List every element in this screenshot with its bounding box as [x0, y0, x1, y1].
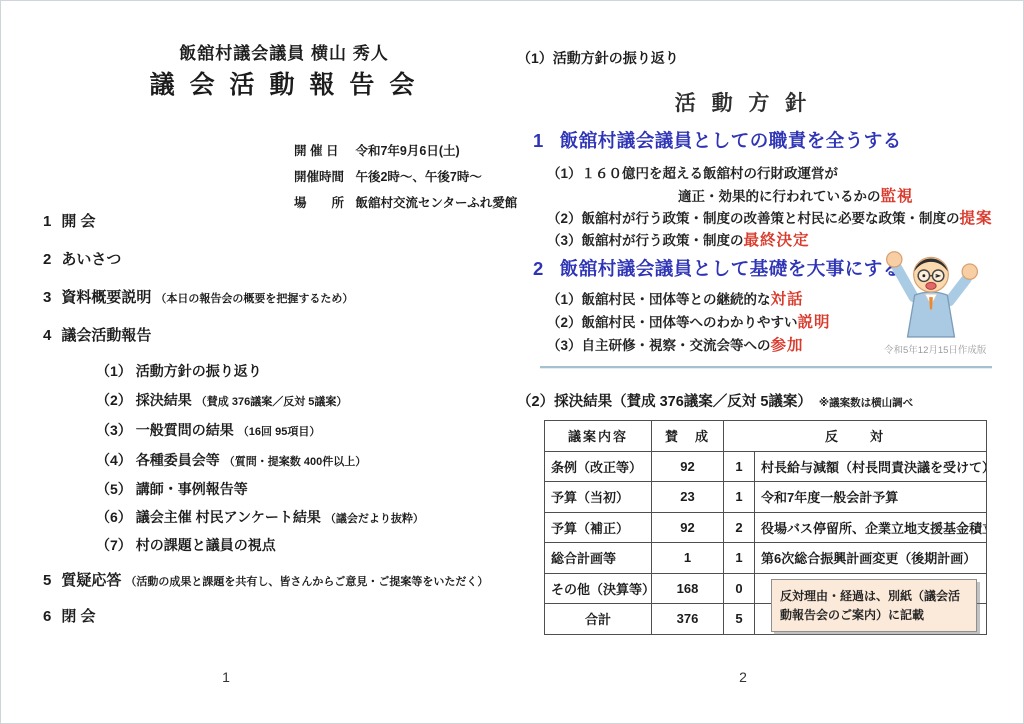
agenda-item-number: 1 — [43, 213, 51, 230]
meta-date: 開 催 日 令和7年9月6日(土) — [294, 141, 460, 159]
cell-oppose-reason: 令和7年度一般会計予算 — [755, 482, 987, 513]
agenda-subitem-3: （3）一般質問の結果（16回 95項目） — [96, 420, 320, 440]
cell-approve-total: 376 — [652, 604, 724, 635]
agenda-item-label: 資料概要説明 — [61, 289, 151, 306]
meta-time-value: 午後2時～、午後7時～ — [355, 170, 481, 184]
keyword-kanshi: 監視 — [881, 188, 914, 205]
document-title: 議 会 活 動 報 告 会 — [64, 65, 504, 101]
agenda-item-4: 4議会活動報告 — [43, 324, 151, 345]
cell-approve: 1 — [652, 543, 724, 574]
table-row: 予算（当初） 23 1 令和7年度一般会計予算 — [545, 482, 987, 513]
policy2-heading: 2飯舘村議会議員として基礎を大事にする — [533, 255, 902, 281]
col-header-oppose: 反 対 — [724, 421, 987, 452]
agenda-subitem-note: （16回 95項目） — [238, 426, 321, 438]
agenda-subitem-note: （賛成 376議案／反対 5議案） — [196, 396, 348, 408]
meta-time-label: 開催時間 — [294, 167, 352, 185]
table-header-row: 議案内容 賛 成 反 対 — [545, 421, 987, 452]
agenda-item-number: 2 — [43, 251, 51, 268]
section1-label: （1）活動方針の振り返り — [517, 48, 679, 68]
agenda-subitem-label: 各種委員会等 — [136, 452, 220, 468]
col-header-approve: 賛 成 — [652, 421, 724, 452]
policy1-item1: （1）１６０億円を超える飯舘村の行財政運営が — [547, 162, 838, 182]
policy2-title: 飯舘村議会議員として基礎を大事にする — [560, 258, 902, 279]
agenda-subitem-label: 採決結果 — [136, 392, 192, 408]
policy1-item1-continuation: 適正・効果的に行われているかの監視 — [678, 184, 914, 206]
cell-approve: 23 — [652, 482, 724, 513]
keyword-saishu-kettei: 最終決定 — [744, 232, 810, 249]
agenda-subitem-number: （4） — [96, 452, 132, 468]
agenda-subitem-label: 活動方針の振り返り — [136, 363, 262, 379]
agenda-subitem-note: （質問・提案数 400件以上） — [224, 456, 366, 468]
page-number-1: 1 — [1, 669, 451, 685]
agenda-subitem-note: （議会だより抜粋） — [325, 513, 424, 525]
policy2-item1-text: （1）飯舘村民・団体等との継続的な — [547, 292, 771, 307]
section2-heading-text: （2）採決結果（賛成 376議案／反対 5議案） — [517, 394, 812, 410]
cell-oppose-count: 1 — [724, 543, 755, 574]
policy2-item1: （1）飯舘村民・団体等との継続的な対話 — [547, 287, 804, 309]
section2-note: ※議案数は横山調べ — [819, 397, 913, 409]
agenda-item-note: （活動の成果と課題を共有し、皆さんからご意見・ご提案等をいただく） — [125, 576, 488, 588]
meta-place-label: 場 所 — [294, 193, 352, 211]
agenda-subitem-number: （3） — [96, 422, 132, 438]
agenda-item-number: 5 — [43, 572, 51, 589]
policy-title: 活 動 方 針 — [506, 87, 980, 117]
cell-oppose-reason: 村長給与減額（村長問責決議を受けて） — [755, 451, 987, 482]
cell-oppose-reason: 役場バス停留所、企業立地支援基金積立 — [755, 512, 987, 543]
agenda-subitem-number: （1） — [96, 363, 132, 379]
agenda-subitem-number: （2） — [96, 392, 132, 408]
agenda-item-3: 3資料概要説明（本日の報告会の概要を把握するため） — [43, 286, 353, 307]
policy1-number: 1 — [533, 130, 544, 151]
agenda-subitem-number: （5） — [96, 481, 132, 497]
page-number-2: 2 — [506, 669, 980, 685]
agenda-subitem-label: 一般質問の結果 — [136, 422, 234, 438]
agenda-item-2: 2あいさつ — [43, 248, 121, 269]
meta-time: 開催時間 午後2時～、午後7時～ — [294, 167, 482, 185]
policy2-number: 2 — [533, 258, 544, 279]
agenda-subitem-label: 講師・事例報告等 — [136, 481, 248, 497]
cell-category: 条例（改正等） — [545, 451, 652, 482]
report-sheet: 飯舘村議会議員 横山 秀人 議 会 活 動 報 告 会 開 催 日 令和7年9月… — [0, 0, 1024, 724]
meta-place-value: 飯舘村交流センターふれ愛館 — [355, 196, 517, 210]
cell-oppose-count-total: 5 — [724, 604, 755, 635]
cell-category-total: 合計 — [545, 604, 652, 635]
meta-place: 場 所 飯舘村交流センターふれ愛館 — [294, 193, 517, 211]
agenda-subitem-1: （1）活動方針の振り返り — [96, 361, 262, 381]
agenda-item-number: 3 — [43, 289, 51, 306]
cell-category: その他（決算等） — [545, 573, 652, 604]
cell-approve: 92 — [652, 512, 724, 543]
cell-oppose-reason: 第6次総合振興計画変更（後期計画） — [755, 543, 987, 574]
keyword-taiwa: 対話 — [771, 291, 804, 308]
cheering-man-illustration — [880, 244, 982, 338]
cell-oppose-count: 2 — [724, 512, 755, 543]
agenda-subitem-6: （6）議会主催 村民アンケート結果（議会だより抜粋） — [96, 507, 424, 527]
agenda-item-number: 4 — [43, 327, 51, 344]
document-subtitle: 飯舘村議会議員 横山 秀人 — [64, 39, 504, 64]
table-row: 総合計画等 1 1 第6次総合振興計画変更（後期計画） — [545, 543, 987, 574]
left-fist — [887, 252, 902, 267]
policy1-item3: （3）飯舘村が行う政策・制度の最終決定 — [547, 228, 810, 250]
meta-date-value: 令和7年9月6日(土) — [355, 144, 459, 158]
agenda-item-label: 議会活動報告 — [61, 327, 151, 344]
policy2-item3: （3）自主研修・視察・交流会等への参加 — [547, 333, 804, 355]
cell-approve: 168 — [652, 573, 724, 604]
policy2-item3-text: （3）自主研修・視察・交流会等への — [547, 338, 771, 353]
agenda-item-6: 6閉 会 — [43, 605, 96, 626]
table-row: 条例（改正等） 92 1 村長給与減額（村長問責決議を受けて） — [545, 451, 987, 482]
agenda-item-label: 開 会 — [61, 213, 95, 230]
creation-date-caption: 令和5年12月15日作成版 — [884, 342, 986, 356]
agenda-subitem-4: （4）各種委員会等（質問・提案数 400件以上） — [96, 450, 366, 470]
agenda-item-1: 1開 会 — [43, 210, 96, 231]
policy1-item1-cont-text: 適正・効果的に行われているかの — [678, 189, 881, 204]
mouth — [926, 282, 936, 289]
page-1: 飯舘村議会議員 横山 秀人 議 会 活 動 報 告 会 開 催 日 令和7年9月… — [1, 1, 506, 724]
agenda-item-label: あいさつ — [61, 251, 121, 268]
cell-category: 予算（補正） — [545, 512, 652, 543]
table-row: 予算（補正） 92 2 役場バス停留所、企業立地支援基金積立 — [545, 512, 987, 543]
agenda-item-label: 質疑応答 — [61, 572, 121, 589]
policy1-item2-text: （2）飯舘村が行う政策・制度の改善策と村民に必要な政策・制度の — [547, 211, 960, 226]
keyword-teian: 提案 — [960, 210, 993, 227]
policy1-item2: （2）飯舘村が行う政策・制度の改善策と村民に必要な政策・制度の提案 — [547, 206, 993, 228]
policy1-title: 飯舘村議会議員としての職責を全うする — [560, 130, 902, 151]
agenda-subitem-2: （2）採決結果（賛成 376議案／反対 5議案） — [96, 390, 347, 410]
agenda-item-5: 5質疑応答（活動の成果と課題を共有し、皆さんからご意見・ご提案等をいただく） — [43, 569, 488, 590]
agenda-subitem-label: 議会主催 村民アンケート結果 — [136, 509, 321, 525]
section-divider — [540, 366, 992, 369]
policy2-item2-text: （2）飯舘村民・団体等へのわかりやすい — [547, 315, 798, 330]
agenda-subitem-5: （5）講師・事例報告等 — [96, 479, 248, 499]
agenda-subitem-number: （6） — [96, 509, 132, 525]
keyword-setsumei: 説明 — [798, 314, 831, 331]
meta-date-label: 開 催 日 — [294, 141, 352, 159]
agenda-item-label: 閉 会 — [61, 608, 95, 625]
section2-heading: （2）採決結果（賛成 376議案／反対 5議案）※議案数は横山調べ — [517, 390, 913, 411]
cell-approve: 92 — [652, 451, 724, 482]
agenda-item-note: （本日の報告会の概要を把握するため） — [155, 293, 353, 305]
oppose-reason-callout: 反対理由・経過は、別紙（議会活動報告会のご案内）に記載 — [771, 579, 977, 632]
cell-oppose-count: 1 — [724, 451, 755, 482]
keyword-sanka: 参加 — [771, 337, 804, 354]
agenda-subitem-number: （7） — [96, 537, 132, 553]
policy2-item2: （2）飯舘村民・団体等へのわかりやすい説明 — [547, 310, 831, 332]
agenda-subitem-label: 村の課題と議員の視点 — [136, 537, 276, 553]
cell-category: 予算（当初） — [545, 482, 652, 513]
policy1-heading: 1飯舘村議会議員としての職責を全うする — [533, 127, 902, 153]
cell-oppose-count: 0 — [724, 573, 755, 604]
cell-oppose-count: 1 — [724, 482, 755, 513]
cell-category: 総合計画等 — [545, 543, 652, 574]
right-fist — [962, 264, 977, 279]
policy1-item3-text: （3）飯舘村が行う政策・制度の — [547, 233, 744, 248]
agenda-subitem-7: （7）村の課題と議員の視点 — [96, 535, 276, 555]
agenda-item-number: 6 — [43, 608, 51, 625]
policy1-item1-text: （1）１６０億円を超える飯舘村の行財政運営が — [547, 166, 838, 181]
col-header-category: 議案内容 — [545, 421, 652, 452]
page-2: （1）活動方針の振り返り 活 動 方 針 1飯舘村議会議員としての職責を全うする… — [506, 1, 1024, 724]
